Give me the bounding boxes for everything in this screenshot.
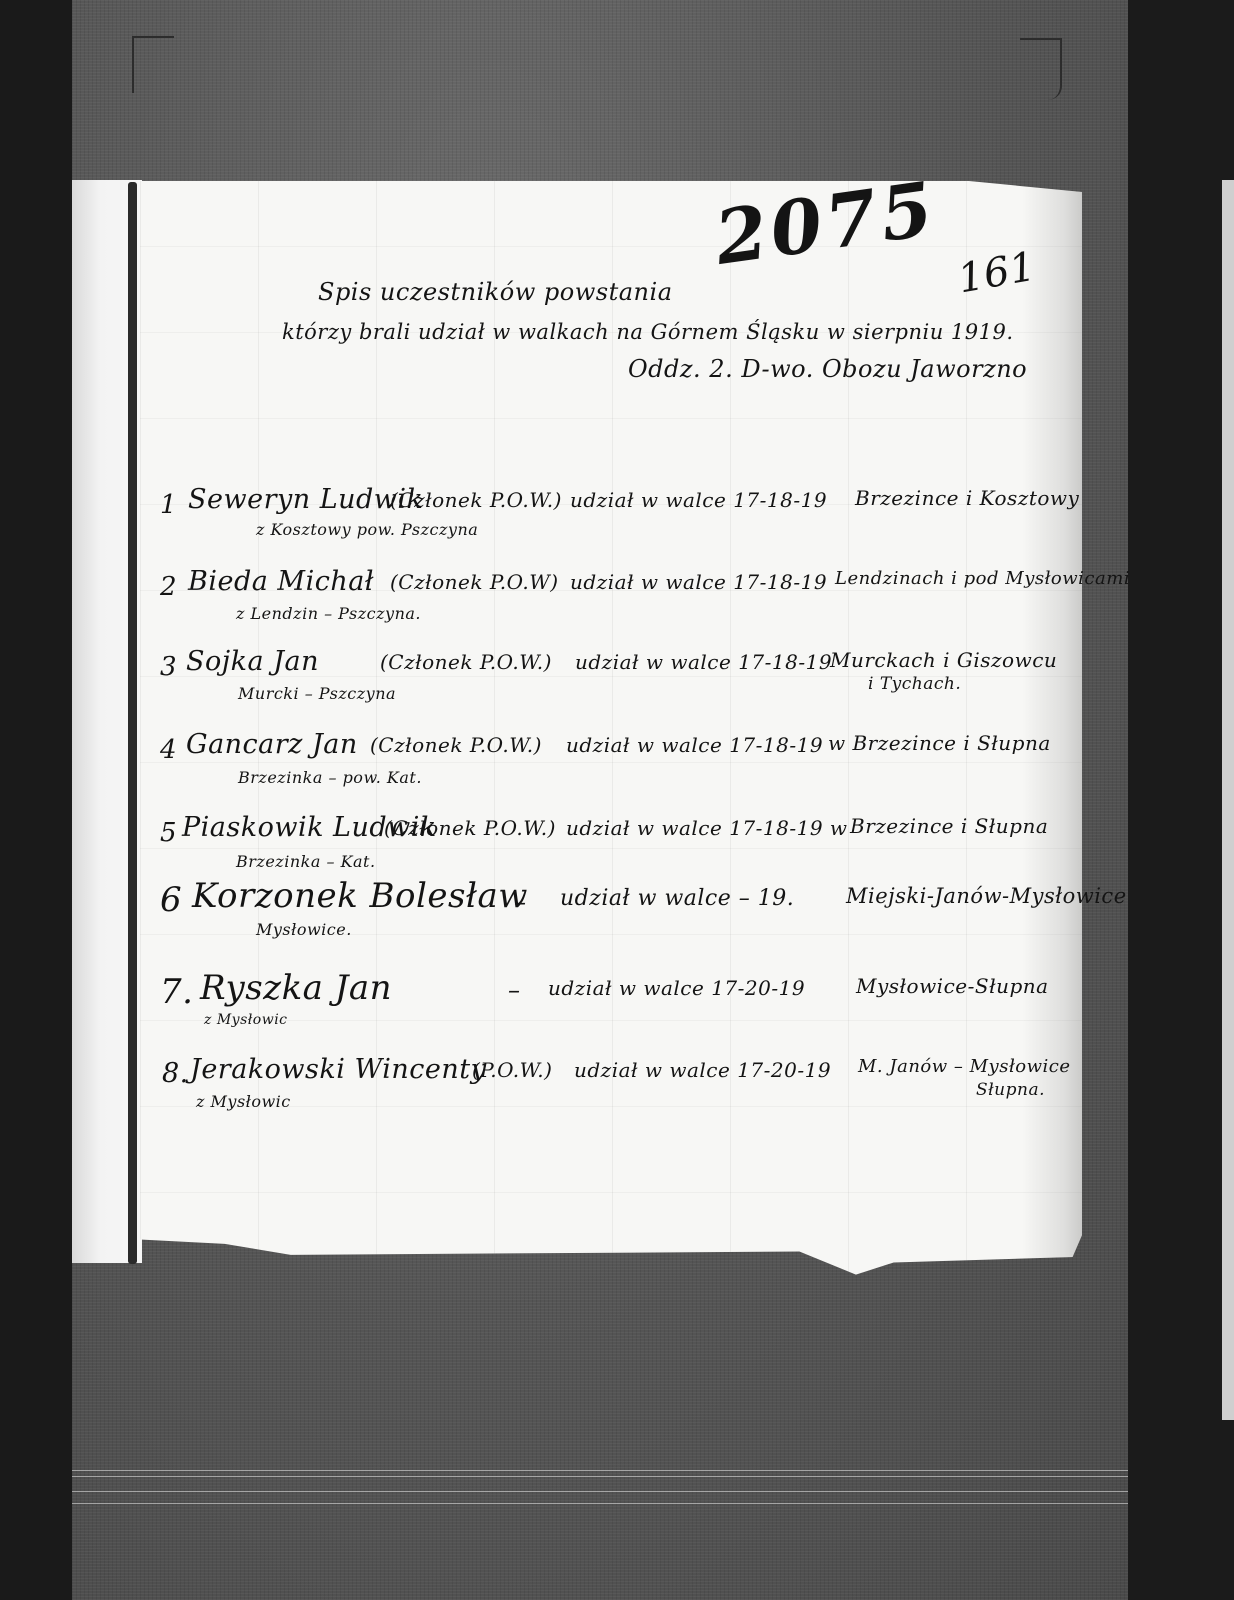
entry-number: 3 [160, 652, 177, 682]
binding-spine [128, 182, 137, 1264]
entry-name: Jerakowski Wincenty [190, 1054, 486, 1085]
entry-affiliation: (Członek P.O.W.) [390, 488, 562, 512]
entry-name: Korzonek Bolesław [192, 876, 528, 916]
entry-origin: Murcki – Pszczyna [238, 684, 396, 703]
entry-origin: z Lendzin – Pszczyna. [236, 604, 421, 623]
entry-affiliation: – [508, 976, 521, 1004]
entry-participation: udział w walce 17-18-19 [575, 650, 832, 674]
entry-number: 5 [160, 818, 177, 848]
entry-origin: z Kosztowy pow. Pszczyna [256, 520, 478, 539]
film-edge-strip [1222, 180, 1234, 1420]
scan-artifact-line [72, 1470, 1128, 1471]
entry-origin: Brzezinka – Kat. [236, 852, 376, 871]
entry-origin: z Mysłowic [196, 1092, 291, 1111]
title-line-2: którzy brali udział w walkach na Górnem … [282, 320, 1014, 344]
entry-name: Bieda Michał [188, 566, 374, 597]
entry-affiliation: (P.O.W.) [472, 1058, 552, 1082]
film-border-left [0, 0, 72, 1600]
entry-name: Ryszka Jan [200, 968, 392, 1008]
entry-participation: udział w walce 17-18-19 [570, 488, 827, 512]
entry-number: 1 [160, 490, 177, 520]
entry-number: 7. [160, 972, 193, 1012]
entry-affiliation: – [514, 888, 527, 916]
scan-artifact-line [72, 1476, 1128, 1477]
entry-places: Brzezince i Kosztowy [855, 486, 1079, 510]
title-line-1: Spis uczestników powstania [318, 278, 673, 306]
entry-name: Sojka Jan [186, 646, 319, 677]
entry-origin: z Mysłowic [204, 1012, 288, 1028]
entry-places-continued: i Tychach. [868, 674, 961, 694]
entry-number: 2 [160, 572, 177, 602]
entry-places: Murckach i Giszowcu [830, 648, 1057, 672]
entry-affiliation: (Członek P.O.W.) [384, 816, 556, 840]
title-line-3: Oddz. 2. D-wo. Obozu Jaworzno [628, 355, 1027, 383]
entry-affiliation: (Członek P.O.W.) [380, 650, 552, 674]
crop-mark-top-right [1020, 38, 1062, 100]
entry-affiliation: (Członek P.O.W.) [370, 733, 542, 757]
entry-origin: Mysłowice. [256, 920, 352, 939]
entry-origin: Brzezinka – pow. Kat. [238, 768, 422, 787]
entry-places: Mysłowice-Słupna [856, 974, 1049, 998]
entry-affiliation: (Członek P.O.W) [390, 570, 559, 594]
crop-mark-top-left [132, 36, 174, 93]
entry-number: 8. [162, 1058, 189, 1089]
entry-places: Lendzinach i pod Mysłowicami [835, 568, 1130, 589]
entry-places: M. Janów – Mysłowice [858, 1056, 1071, 1077]
entry-places: Brzezince i Słupna [850, 814, 1048, 838]
entry-places: Miejski-Janów-Mysłowice [846, 884, 1127, 908]
entry-participation: udział w walce 17-18-19 [566, 733, 823, 757]
entry-number: 6 [160, 880, 182, 920]
entry-participation: udział w walce – 19. [560, 886, 794, 911]
entry-name: Seweryn Ludwik [188, 484, 423, 515]
film-border-right [1128, 0, 1234, 1600]
entry-participation: udział w walce 17-18-19 [570, 570, 827, 594]
entry-participation: udział w walce 17-20-19 [574, 1058, 831, 1082]
entry-places-continued: Słupna. [976, 1080, 1045, 1100]
entry-places: w Brzezince i Słupna [828, 731, 1051, 755]
scan-artifact-line [72, 1503, 1128, 1504]
entry-participation: udział w walce 17-20-19 [548, 976, 805, 1000]
entry-number: 4 [160, 735, 177, 765]
entry-name: Gancarz Jan [186, 729, 358, 760]
entry-participation: udział w walce 17-18-19 w [566, 816, 848, 840]
scan-artifact-line [72, 1491, 1128, 1492]
